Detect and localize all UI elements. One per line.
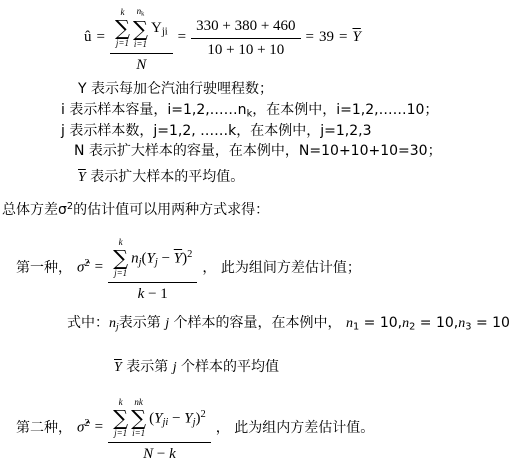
equals-sign: = [97, 29, 105, 46]
outer-sum: k ∑ j=1 [115, 8, 130, 49]
definition-i: i 表示样本容量，i=1,2,……nk，在本例中，i=1,2,……10； [61, 99, 438, 119]
sigma-symbol: ∑ [133, 19, 148, 40]
between-fraction: k ∑ j=1 nj(Yj − Y)2 k − 1 [108, 232, 197, 303]
equals-sign: = [306, 29, 314, 46]
within-description: ， 此为组内方差估计值。 [216, 417, 374, 437]
sigma-symbol: ∑ [131, 408, 146, 429]
within-inner-sum: nk ∑ i=1 [131, 398, 146, 439]
within-denominator: N − k [108, 443, 211, 458]
ybar-j-definition: Y 表示第 j 个样本的平均值 [114, 356, 279, 376]
mean-numerator: k ∑ j=1 nk ∑ i=1 Yji [110, 2, 173, 54]
mean-result: 39 [319, 29, 334, 46]
within-fraction: k ∑ j=1 nk ∑ i=1 (Yji − Yj)2 N − k [108, 392, 211, 458]
sigma-hat-squared: σ̂2 [77, 258, 90, 276]
within-numerator: k ∑ j=1 nk ∑ i=1 (Yji − Yj)2 [108, 392, 211, 443]
mean-symbolic-fraction: k ∑ j=1 nk ∑ i=1 Yji N [110, 2, 173, 74]
numeric-numerator: 330 + 380 + 460 [191, 17, 300, 39]
between-numerator: k ∑ j=1 nj(Yj − Y)2 [108, 232, 197, 283]
between-denominator: k − 1 [108, 283, 197, 303]
equals-sign: = [95, 419, 103, 436]
definition-y: Y 表示每加仑汽油行驶哩程数； [78, 78, 273, 98]
within-label: 第二种， [16, 417, 72, 437]
between-summand: nj(Yj − Y)2 [131, 249, 192, 268]
mean-formula: û = k ∑ j=1 nk ∑ i=1 Yji N [84, 2, 361, 74]
equals-sign: = [95, 259, 103, 276]
sigma-symbol: ∑ [113, 248, 128, 269]
variance-intro: 总体方差σ2的估计值可以用两种方式求得： [2, 199, 269, 219]
definition-j: j 表示样本数，j=1,2, ……k，在本例中，j=1,2,3 [61, 120, 371, 140]
within-inner-sum-lower-limit: i=1 [132, 429, 145, 439]
definition-n: N 表示扩大样本的容量，在本例中，N=10+10+10=30； [74, 140, 442, 160]
between-description: ， 此为组间方差估计值； [202, 257, 360, 277]
between-variance-formula: 第一种， σ̂2 = k ∑ j=1 nj(Yj − Y)2 k − 1 ， 此… [16, 232, 361, 303]
mean-denominator: N [110, 54, 173, 74]
inner-sum-lower-limit: i=1 [134, 40, 147, 50]
within-summand: (Yji − Yj)2 [149, 409, 206, 428]
within-outer-sum-lower-limit: j=1 [114, 429, 127, 439]
y-bar-symbol: Y [352, 29, 360, 46]
within-outer-sum: k ∑ j=1 [113, 398, 128, 439]
sigma-double-hat-squared: σ̂̂2 [77, 418, 90, 436]
sigma-symbol: ∑ [113, 408, 128, 429]
between-sum: k ∑ j=1 [113, 238, 128, 279]
mean-numeric-fraction: 330 + 380 + 460 10 + 10 + 10 [191, 17, 300, 59]
equals-sign: = [339, 29, 347, 46]
inner-sum: nk ∑ i=1 [133, 7, 148, 49]
equals-sign: = [178, 29, 186, 46]
between-sum-lower-limit: j=1 [114, 269, 127, 279]
where-clause: 式中：nj表示第 j 个样本的容量，在本例中， n1 = 10,n2 = 10,… [67, 312, 510, 332]
mean-lhs-u-hat: û [84, 29, 92, 46]
definition-ybar: Y 表示扩大样本的平均值。 [78, 166, 244, 186]
sigma-symbol: ∑ [115, 18, 130, 39]
between-label: 第一种， [16, 257, 72, 277]
document-page: û = k ∑ j=1 nk ∑ i=1 Yji N [0, 0, 510, 458]
outer-sum-lower-limit: j=1 [116, 39, 129, 49]
numeric-denominator: 10 + 10 + 10 [191, 39, 300, 59]
within-variance-formula: 第二种， σ̂̂2 = k ∑ j=1 nk ∑ i=1 (Yji − Yj)2 [16, 392, 374, 458]
summand-y-ji: Yji [151, 20, 168, 38]
